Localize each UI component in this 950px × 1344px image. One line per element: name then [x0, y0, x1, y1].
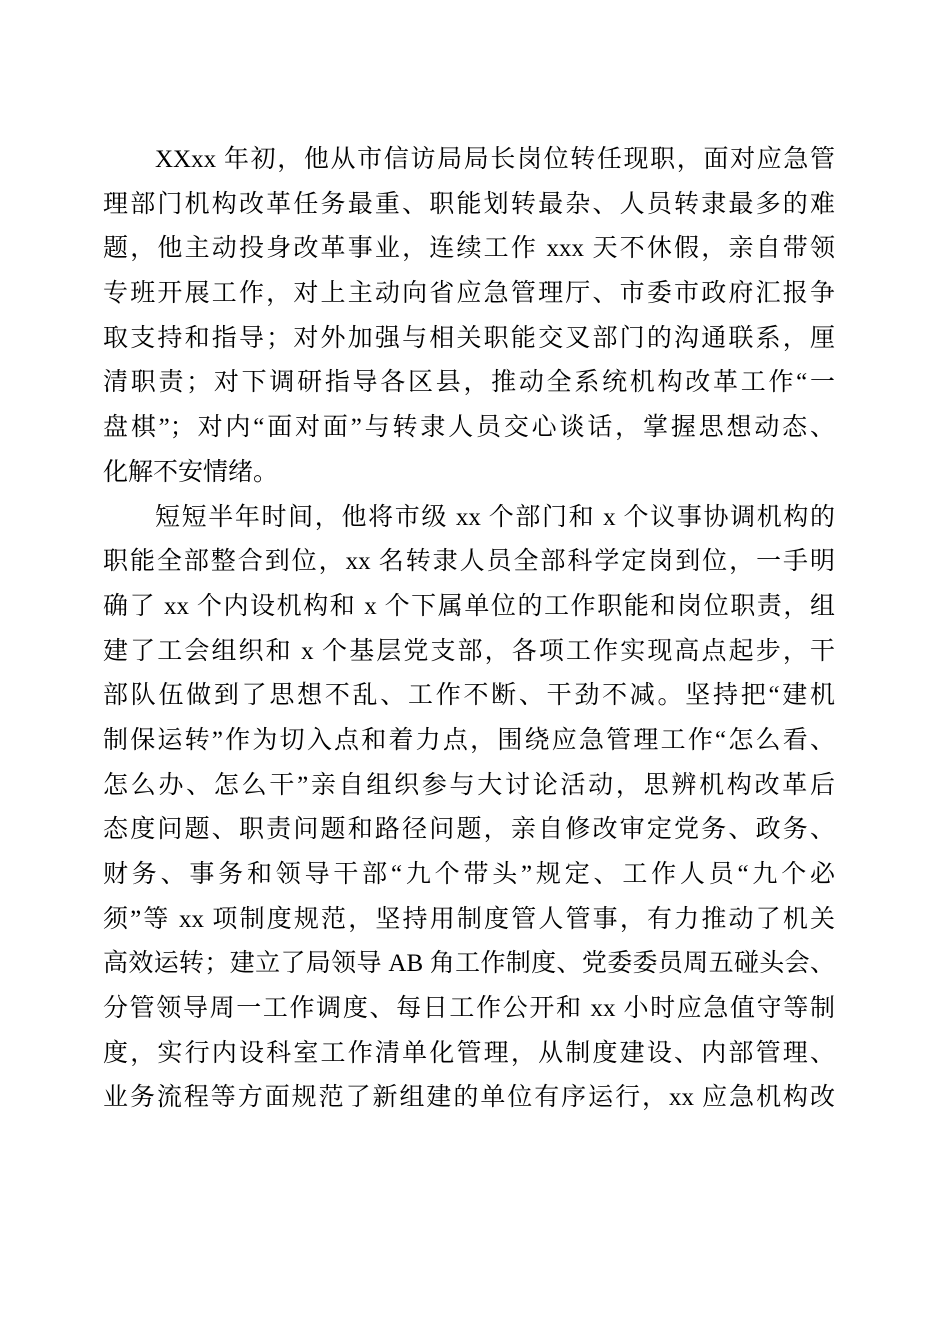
document-page: XXxx 年初，他从市信访局局长岗位转任现职，面对应急管理部门机构改革任务最重、… — [0, 0, 950, 1344]
text-line: 确了 xx 个内设机构和 x 个下属单位的工作职能和岗位职责，组 — [103, 585, 835, 630]
text-line: 态度问题、职责问题和路径问题，亲自修改审定党务、政务、 — [103, 808, 835, 853]
text-line: 职能全部整合到位，xx 名转隶人员全部科学定岗到位，一手明 — [103, 540, 835, 585]
text-line: 短短半年时间，他将市级 xx 个部门和 x 个议事协调机构的 — [103, 496, 835, 541]
text-line: 财务、事务和领导干部“九个带头”规定、工作人员“九个必 — [103, 853, 835, 898]
text-line: 专班开展工作，对上主动向省应急管理厅、市委市政府汇报争 — [103, 272, 835, 317]
text-line: 制保运转”作为切入点和着力点，围绕应急管理工作“怎么看、 — [103, 719, 835, 764]
text-line: 高效运转；建立了局领导 AB 角工作制度、党委委员周五碰头会、 — [103, 942, 835, 987]
text-line: 怎么办、怎么干”亲自组织参与大讨论活动，思辨机构改革后 — [103, 764, 835, 809]
paragraph: XXxx 年初，他从市信访局局长岗位转任现职，面对应急管理部门机构改革任务最重、… — [103, 138, 835, 496]
text-line: 盘棋”；对内“面对面”与转隶人员交心谈话，掌握思想动态、 — [103, 406, 835, 451]
text-line: 理部门机构改革任务最重、职能划转最杂、人员转隶最多的难 — [103, 183, 835, 228]
text-line: 部队伍做到了思想不乱、工作不断、干劲不减。坚持把“建机 — [103, 674, 835, 719]
document-body: XXxx 年初，他从市信访局局长岗位转任现职，面对应急管理部门机构改革任务最重、… — [103, 138, 835, 1121]
text-line: 取支持和指导；对外加强与相关职能交叉部门的沟通联系，厘 — [103, 317, 835, 362]
text-line: 业务流程等方面规范了新组建的单位有序运行，xx 应急机构改 — [103, 1076, 835, 1121]
text-line: XXxx 年初，他从市信访局局长岗位转任现职，面对应急管 — [103, 138, 835, 183]
text-line: 清职责；对下调研指导各区县，推动全系统机构改革工作“一 — [103, 361, 835, 406]
text-line: 化解不安情绪。 — [103, 451, 835, 496]
text-line: 分管领导周一工作调度、每日工作公开和 xx 小时应急值守等制 — [103, 987, 835, 1032]
text-line: 题，他主动投身改革事业，连续工作 xxx 天不休假，亲自带领 — [103, 227, 835, 272]
text-line: 须”等 xx 项制度规范，坚持用制度管人管事，有力推动了机关 — [103, 898, 835, 943]
paragraph: 短短半年时间，他将市级 xx 个部门和 x 个议事协调机构的职能全部整合到位，x… — [103, 496, 835, 1122]
text-line: 度，实行内设科室工作清单化管理，从制度建设、内部管理、 — [103, 1032, 835, 1077]
text-line: 建了工会组织和 x 个基层党支部，各项工作实现高点起步，干 — [103, 630, 835, 675]
